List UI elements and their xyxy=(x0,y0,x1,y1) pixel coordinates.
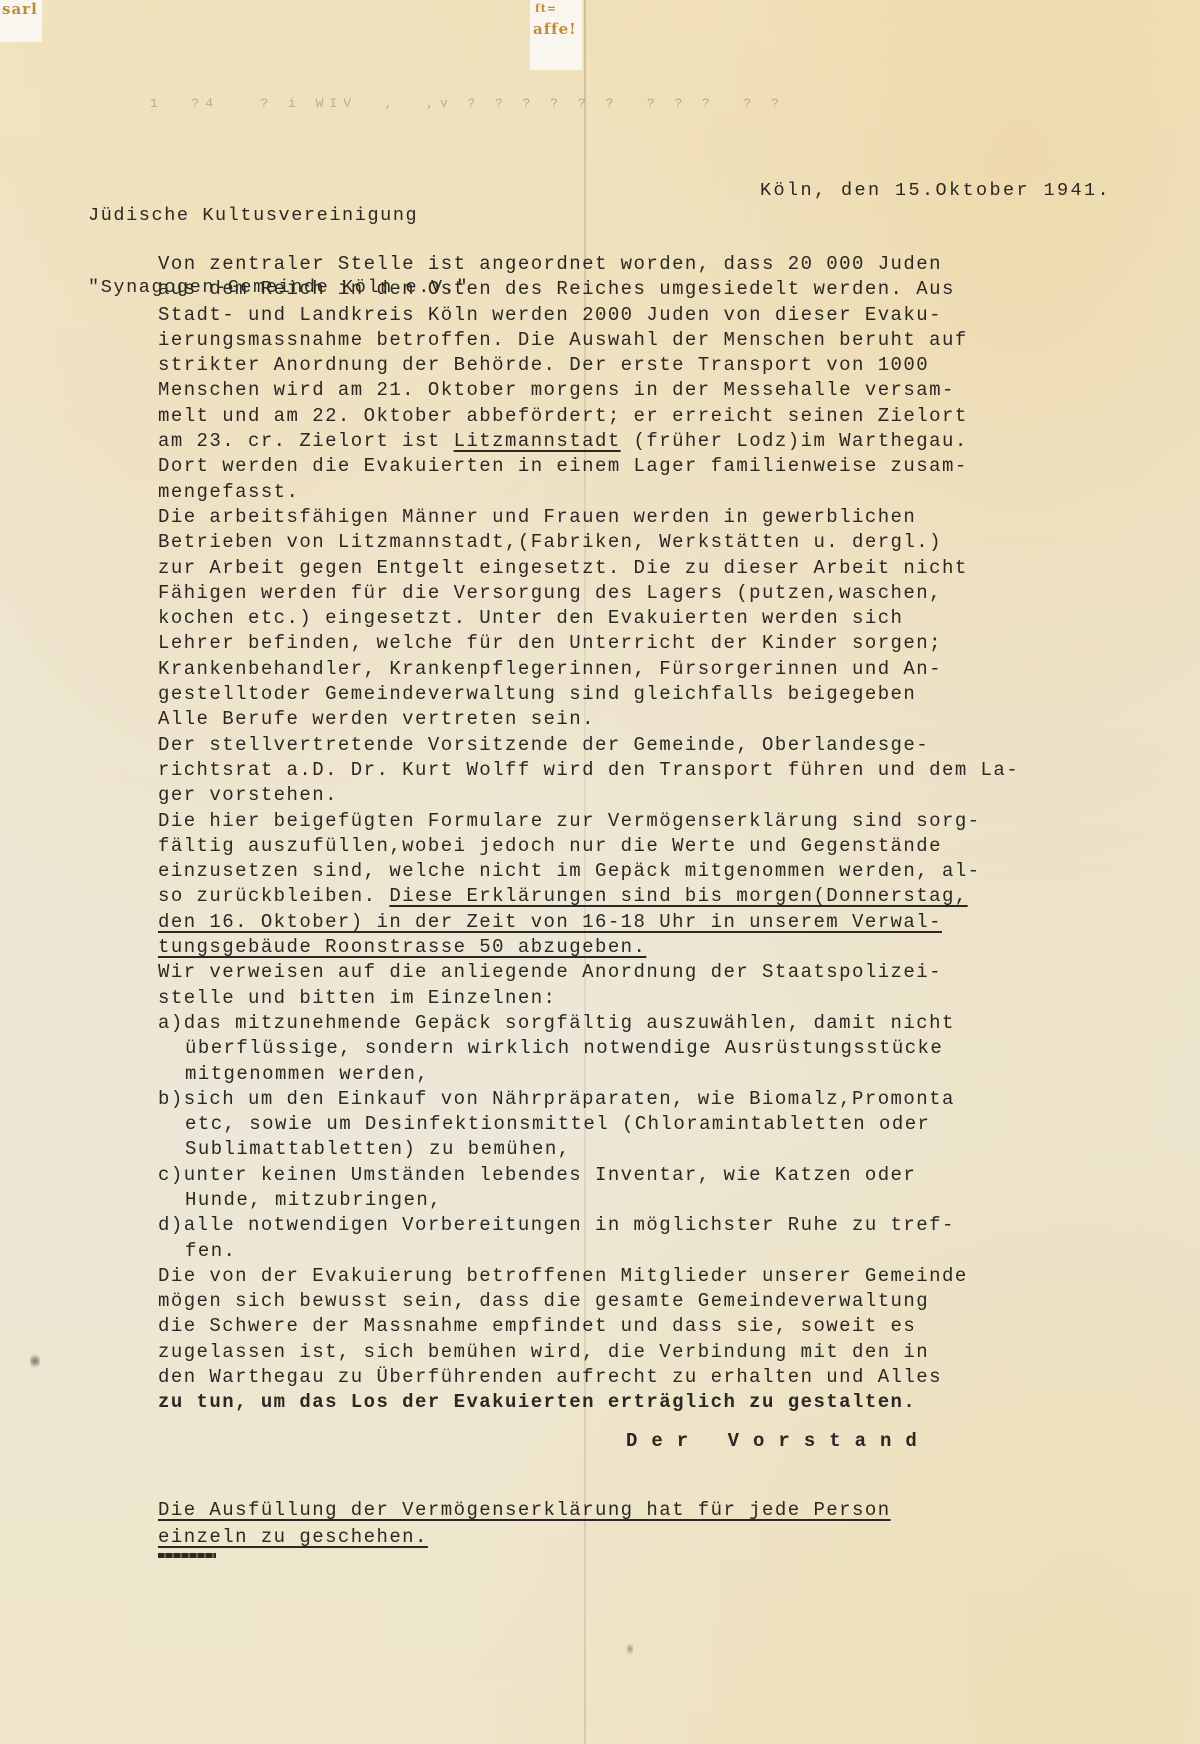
body-line: Hunde, mitzubringen, xyxy=(158,1188,1168,1213)
body-line: etc, sowie um Desinfektionsmittel (Chlor… xyxy=(158,1112,1168,1137)
underlined-text: tungsgebäude Roonstrasse 50 abzugeben. xyxy=(158,936,646,958)
letterhead-fragment-middle-2: affe! xyxy=(533,20,577,38)
body-line: am 23. cr. Zielort ist Litzmannstadt (fr… xyxy=(158,429,1168,454)
bleed-through-text: 1 ?4 ? i WIV , ,v ? ? ? ? ? ? ? ? ? ? ? xyxy=(150,96,785,111)
letterhead-fragment-left: sarl xyxy=(2,0,38,18)
body-line: den 16. Oktober) in der Zeit von 16-18 U… xyxy=(158,910,1168,935)
body-line: Betrieben von Litzmannstadt,(Fabriken, W… xyxy=(158,530,1168,555)
body-line: fältig auszufüllen,wobei jedoch nur die … xyxy=(158,834,1168,859)
letter-page: sarl ft= affe! 1 ?4 ? i WIV , ,v ? ? ? ?… xyxy=(0,0,1200,1744)
body-line: Wir verweisen auf die anliegende Anordnu… xyxy=(158,960,1168,985)
body-line: gestelltoder Gemeindeverwaltung sind gle… xyxy=(158,682,1168,707)
body-line: die Schwere der Massnahme empfindet und … xyxy=(158,1314,1168,1339)
body-line: so zurückbleiben. Diese Erklärungen sind… xyxy=(158,884,1168,909)
body-line: Lehrer befinden, welche für den Unterric… xyxy=(158,631,1168,656)
body-line: zu tun, um das Los der Evakuierten erträ… xyxy=(158,1390,1168,1415)
letterhead-fragment-middle-1: ft= xyxy=(535,2,557,15)
body-line: Dort werden die Evakuierten in einem Lag… xyxy=(158,454,1168,479)
underlined-text: den 16. Oktober) in der Zeit von 16-18 U… xyxy=(158,911,942,933)
signature: Der Vorstand xyxy=(626,1430,931,1452)
body-line: kochen etc.) eingesetzt. Unter den Evaku… xyxy=(158,606,1168,631)
body-line: d)alle notwendigen Vorbereitungen in mög… xyxy=(158,1213,1168,1238)
body-line: Von zentraler Stelle ist angeordnet word… xyxy=(158,252,1168,277)
body-line: b)sich um den Einkauf von Nährpräparaten… xyxy=(158,1087,1168,1112)
body-line: Alle Berufe werden vertreten sein. xyxy=(158,707,1168,732)
body-text: am 23. cr. Zielort ist xyxy=(158,430,454,452)
body-line: tungsgebäude Roonstrasse 50 abzugeben. xyxy=(158,935,1168,960)
body-line: c)unter keinen Umständen lebendes Invent… xyxy=(158,1163,1168,1188)
body-line: mitgenommen werden, xyxy=(158,1062,1168,1087)
body-line: Die hier beigefügten Formulare zur Vermö… xyxy=(158,809,1168,834)
footnote: Die Ausfüllung der Vermögenserklärung ha… xyxy=(158,1497,891,1551)
body-line: mögen sich bewusst sein, dass die gesamt… xyxy=(158,1289,1168,1314)
paper-stain xyxy=(627,1641,633,1657)
body-line: ierungsmassnahme betroffen. Die Auswahl … xyxy=(158,328,1168,353)
body-text: (früher Lodz)im Warthegau. xyxy=(621,430,968,452)
body-line: aus dem Reich in den Osten des Reiches u… xyxy=(158,277,1168,302)
underlined-text: Litzmannstadt xyxy=(454,430,621,452)
letter-body: Von zentraler Stelle ist angeordnet word… xyxy=(158,252,1168,1416)
body-line: überflüssige, sondern wirklich notwendig… xyxy=(158,1036,1168,1061)
body-line: a)das mitzunehmende Gepäck sorgfältig au… xyxy=(158,1011,1168,1036)
footnote-line: einzeln zu geschehen. xyxy=(158,1524,891,1551)
ink-smudge xyxy=(30,1352,40,1370)
place-date: Köln, den 15.Oktober 1941. xyxy=(760,180,1111,201)
body-line: zugelassen ist, sich bemühen wird, die V… xyxy=(158,1340,1168,1365)
body-line: Der stellvertretende Vorsitzende der Gem… xyxy=(158,733,1168,758)
body-line: ger vorstehen. xyxy=(158,783,1168,808)
body-line: den Warthegau zu Überführenden aufrecht … xyxy=(158,1365,1168,1390)
body-line: stelle und bitten im Einzelnen: xyxy=(158,986,1168,1011)
body-line: Stadt- und Landkreis Köln werden 2000 Ju… xyxy=(158,303,1168,328)
body-line: Menschen wird am 21. Oktober morgens in … xyxy=(158,378,1168,403)
body-line: einzusetzen sind, welche nicht im Gepäck… xyxy=(158,859,1168,884)
body-line: Die von der Evakuierung betroffenen Mitg… xyxy=(158,1264,1168,1289)
typed-strikeout-mark xyxy=(158,1553,216,1558)
body-line: richtsrat a.D. Dr. Kurt Wolff wird den T… xyxy=(158,758,1168,783)
footnote-line: Die Ausfüllung der Vermögenserklärung ha… xyxy=(158,1497,891,1524)
body-line: Sublimattabletten) zu bemühen, xyxy=(158,1137,1168,1162)
underlined-text: Diese Erklärungen sind bis morgen(Donner… xyxy=(389,885,967,907)
sender-line-1: Jüdische Kultusvereinigung xyxy=(88,204,469,228)
body-text: so zurückbleiben. xyxy=(158,885,389,907)
body-line: Fähigen werden für die Versorgung des La… xyxy=(158,581,1168,606)
body-line: strikter Anordnung der Behörde. Der erst… xyxy=(158,353,1168,378)
body-line: mengefasst. xyxy=(158,480,1168,505)
body-line: melt und am 22. Oktober abbefördert; er … xyxy=(158,404,1168,429)
body-line: Die arbeitsfähigen Männer und Frauen wer… xyxy=(158,505,1168,530)
body-line: zur Arbeit gegen Entgelt eingesetzt. Die… xyxy=(158,556,1168,581)
underlined-text: einzeln zu geschehen. xyxy=(158,1526,428,1548)
body-line: fen. xyxy=(158,1239,1168,1264)
body-line: Krankenbehandler, Krankenpflegerinnen, F… xyxy=(158,657,1168,682)
underlined-text: Die Ausfüllung der Vermögenserklärung ha… xyxy=(158,1499,891,1521)
